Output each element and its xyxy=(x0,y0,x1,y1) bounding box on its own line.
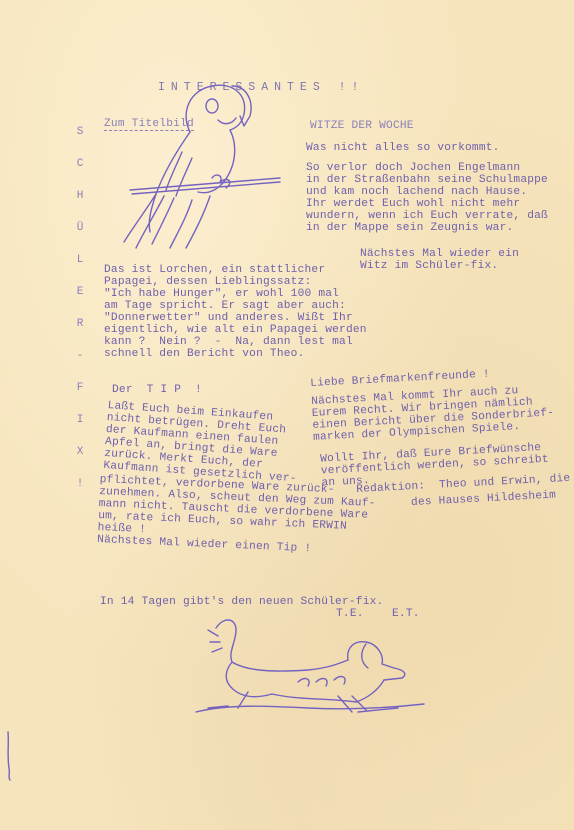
parrot-line: schnell den Bericht von Theo. xyxy=(104,348,367,360)
parrot-text: Das ist Lorchen, ein stattlicher Papagei… xyxy=(104,264,367,360)
jokes-intro: Was nicht alles so vorkommt. xyxy=(306,142,500,154)
side-banner-letter: L xyxy=(74,254,86,286)
parrot-line: am Tage spricht. Er sagt aber auch: xyxy=(104,300,367,312)
side-banner-letter: I xyxy=(74,414,86,446)
jokes-heading: WITZE DER WOCHE xyxy=(310,120,414,132)
parrot-line: "Donnerwetter" und anderes. Wißt Ihr xyxy=(104,312,367,324)
side-banner-letter: S xyxy=(74,126,86,158)
side-banner-letter: X xyxy=(74,446,86,478)
parrot-line: "Ich habe Hunger", er wohl 100 mal xyxy=(104,288,367,300)
side-banner-letter: E xyxy=(74,286,86,318)
dachshund-illustration-icon xyxy=(188,612,428,722)
side-banner-letter: C xyxy=(74,158,86,190)
tip-body-continued: pflichtet, verdorbene Ware zurück- zuneh… xyxy=(97,474,376,558)
parrot-line: Das ist Lorchen, ein stattlicher xyxy=(104,264,367,276)
jokes-line: und kam noch lachend nach Hause. xyxy=(306,186,548,198)
parrot-line: Papagei, dessen Lieblingssatz: xyxy=(104,276,367,288)
footer-announcement: In 14 Tagen gibt's den neuen Schüler-fix… xyxy=(100,596,383,608)
side-banner-letter: Ü xyxy=(74,222,86,254)
tip-heading: Der T I P ! xyxy=(112,384,202,396)
side-banner-letter: F xyxy=(74,382,86,414)
jokes-line: Ihr werdet Euch wohl nicht mehr xyxy=(306,198,548,210)
jokes-line: So verlor doch Jochen Engelmann xyxy=(306,162,548,174)
side-banner-letter: H xyxy=(74,190,86,222)
jokes-body: So verlor doch Jochen Engelmann in der S… xyxy=(306,162,548,234)
jokes-line: wundern, wenn ich Euch verrate, daß xyxy=(306,210,548,222)
parrot-line: eigentlich, wie alt ein Papagei werden xyxy=(104,324,367,336)
side-banner-letter: ! xyxy=(74,478,86,510)
jokes-line: in der Straßenbahn seine Schulmappe xyxy=(306,174,548,186)
side-banner-letter: - xyxy=(74,350,86,382)
side-banner-letter: R xyxy=(74,318,86,350)
ink-mark-icon xyxy=(2,730,16,780)
parrot-line: kann ? Nein ? - Na, dann lest mal xyxy=(104,336,367,348)
jokes-next-line: Nächstes Mal wieder ein xyxy=(360,248,519,260)
tip-body: Laßt Euch beim Einkaufen nicht betrügen.… xyxy=(103,400,301,485)
stamps-section: Liebe Briefmarkenfreunde ! Nächstes Mal … xyxy=(310,365,558,490)
parrot-illustration-icon xyxy=(120,72,280,252)
jokes-next-line: Witz im Schüler-fix. xyxy=(360,260,519,272)
jokes-line: in der Mappe sein Zeugnis war. xyxy=(306,222,548,234)
side-banner: S C H Ü L E R - F I X ! xyxy=(74,126,86,510)
jokes-next: Nächstes Mal wieder ein Witz im Schüler-… xyxy=(360,248,519,272)
